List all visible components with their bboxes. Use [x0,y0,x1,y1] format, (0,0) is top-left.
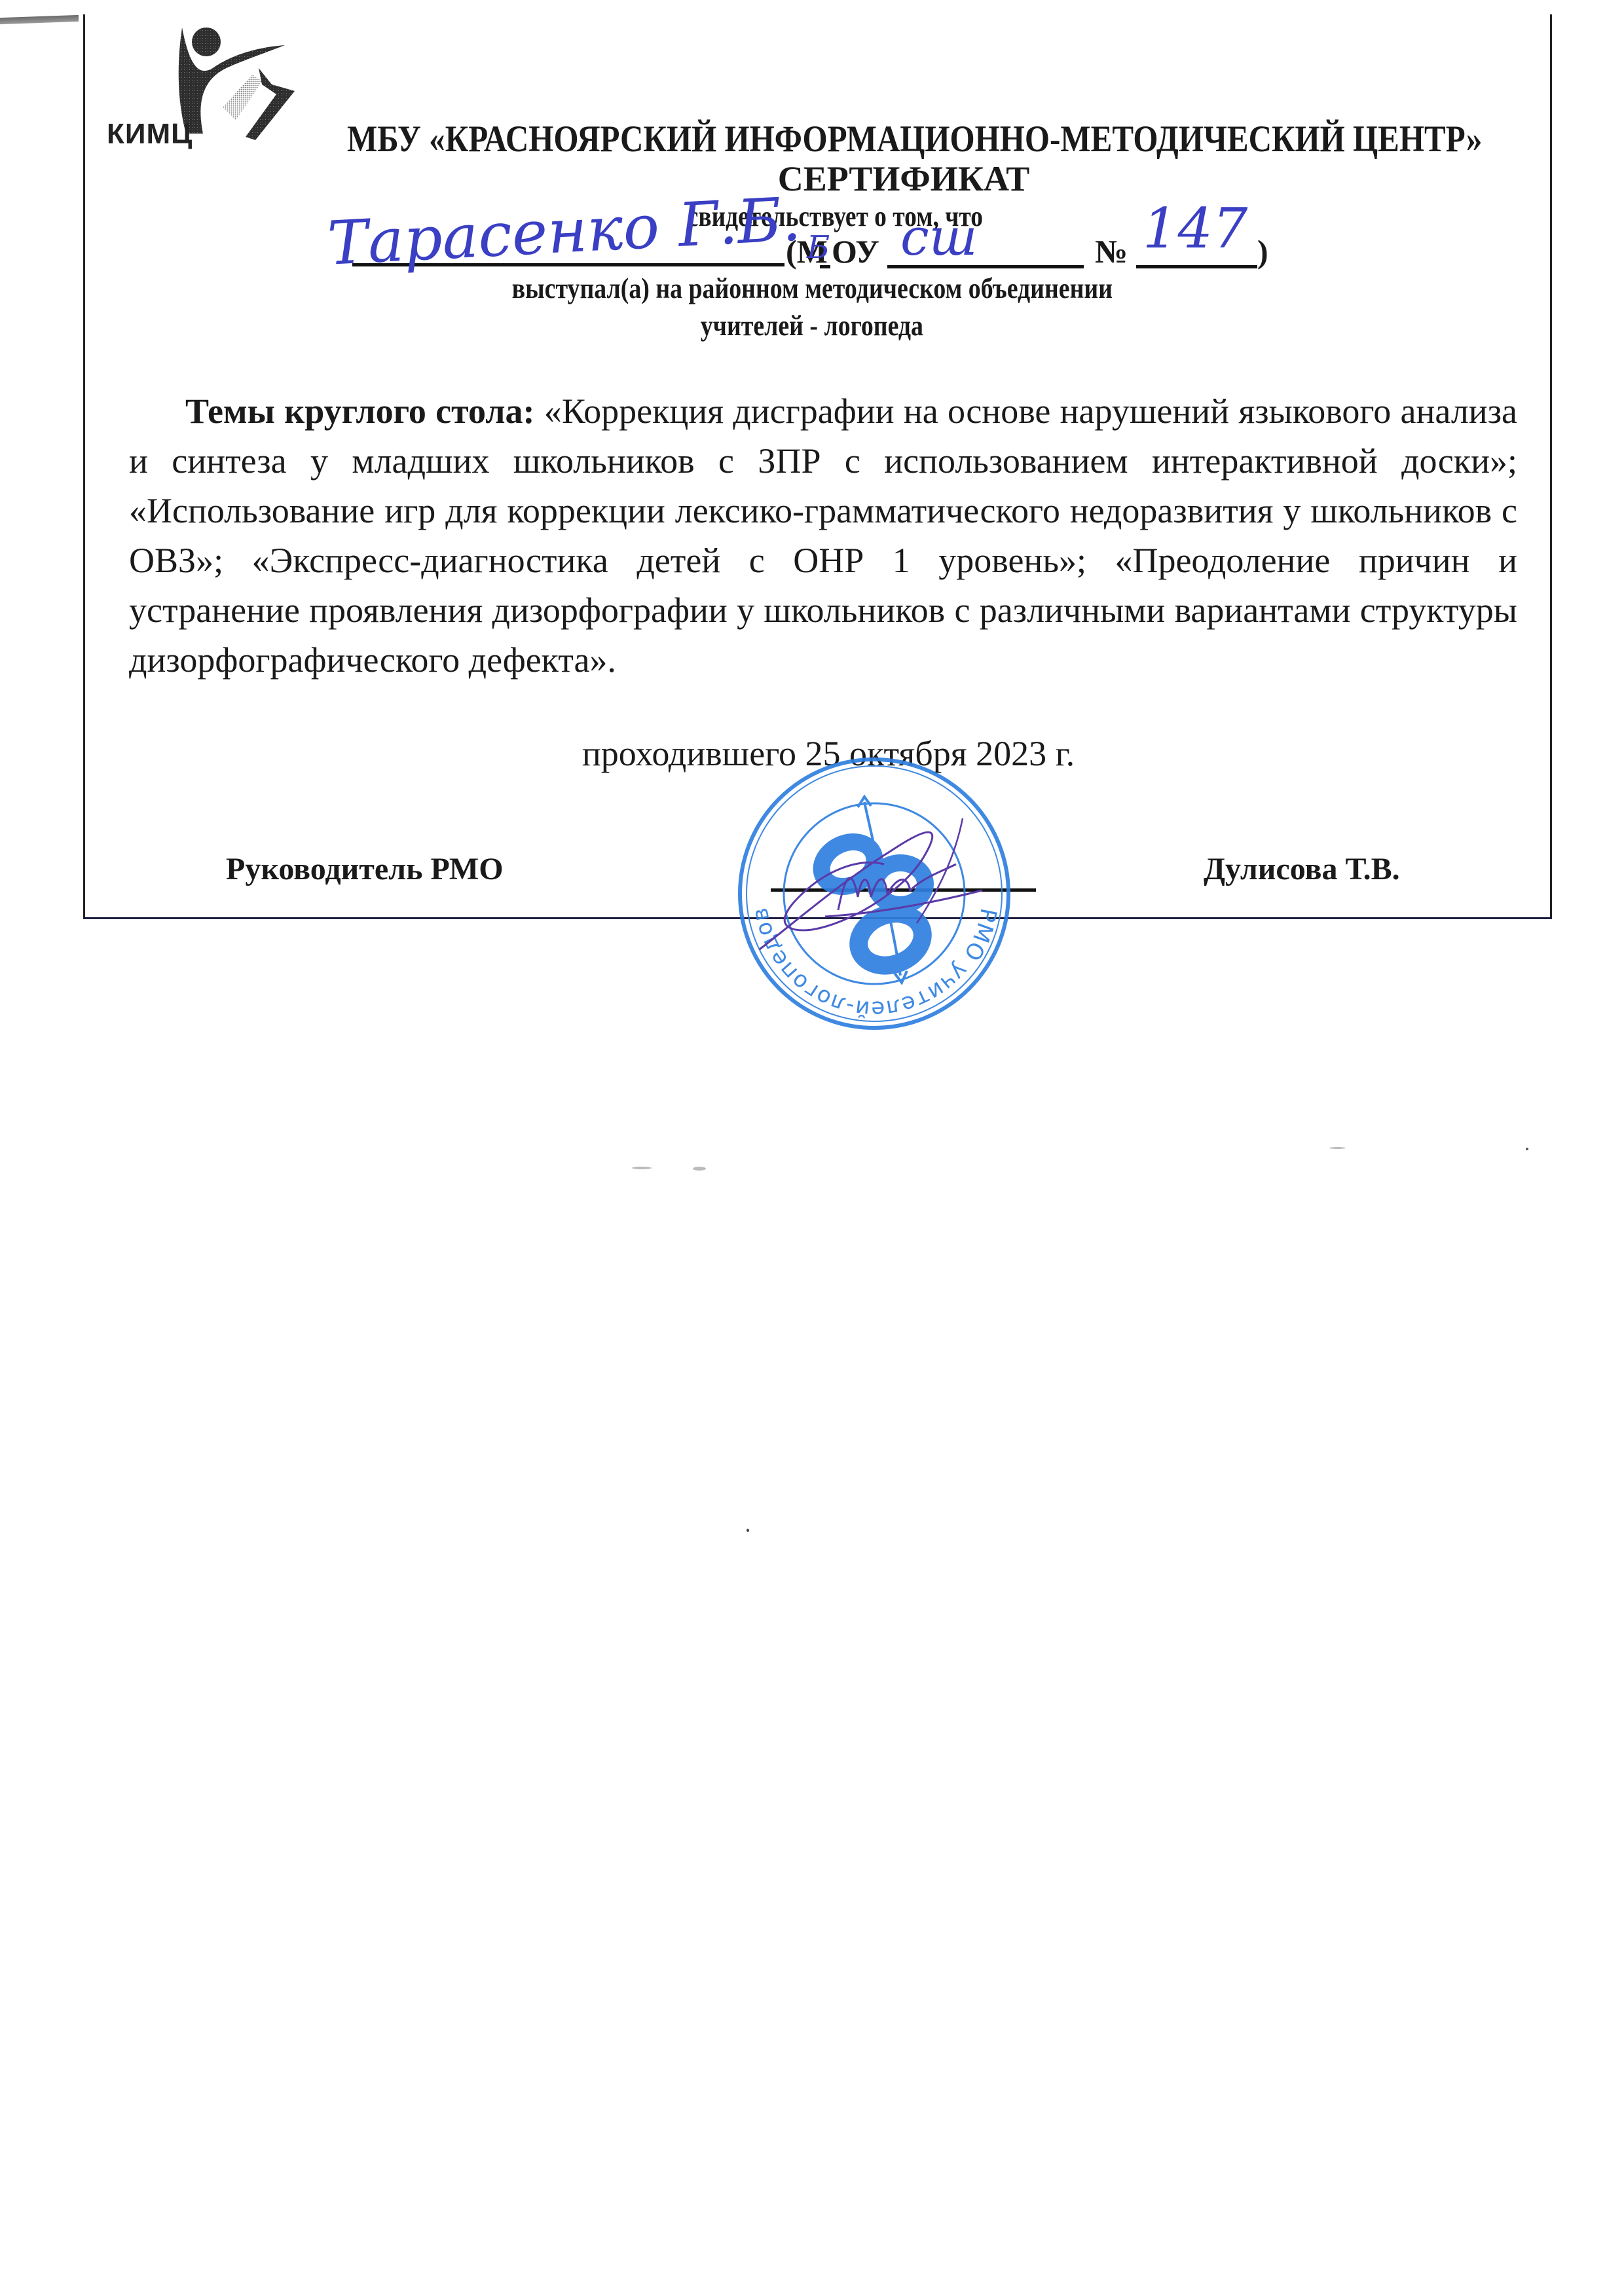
scan-speck [693,1167,706,1171]
number-sign: № [1095,232,1128,270]
scan-edge-artifact [0,15,79,24]
certificate-title-text: СЕРТИФИКАТ [778,158,1030,199]
group-text: учителей - логопеда [701,309,923,342]
organization-name: МБУ «КРАСНОЯРСКИЙ ИНФОРМАЦИОННО-МЕТОДИЧЕ… [347,118,1482,160]
school-prefix-handwritten: Б [807,229,830,266]
school-number-handwritten: 147 [1143,196,1247,261]
group-line: учителей - логопеда [0,309,1624,342]
scan-speck [632,1167,652,1169]
certificate-title: СЕРТИФИКАТ [0,158,1624,199]
witness-line: свидетельствует о том, что [0,200,1624,233]
scan-speck [1329,1147,1346,1149]
topics-text: «Коррекция дисграфии на основе нарушений… [129,392,1517,680]
spoke-text: выступал(а) на районном методическом объ… [511,272,1112,305]
number-underline [1136,265,1257,268]
spoke-line: выступал(а) на районном методическом объ… [0,272,1624,305]
school-type-handwritten: сш [900,208,978,267]
close-paren: ) [1257,232,1268,270]
school-prefix-rest: ОУ [832,232,879,270]
topics-label: Темы круглого стола: [185,392,535,431]
topics-paragraph: Темы круглого стола: «Коррекция дисграфи… [129,386,1517,685]
signatory-role: Руководитель РМО [226,851,504,887]
signatory-name: Дулисова Т.В. [1204,851,1400,887]
logo-text: КИМЦ [107,118,193,151]
signature-icon [747,799,995,969]
scan-speck [747,1529,749,1532]
school-prefix-underline [820,265,830,268]
scan-speck [1526,1148,1528,1150]
